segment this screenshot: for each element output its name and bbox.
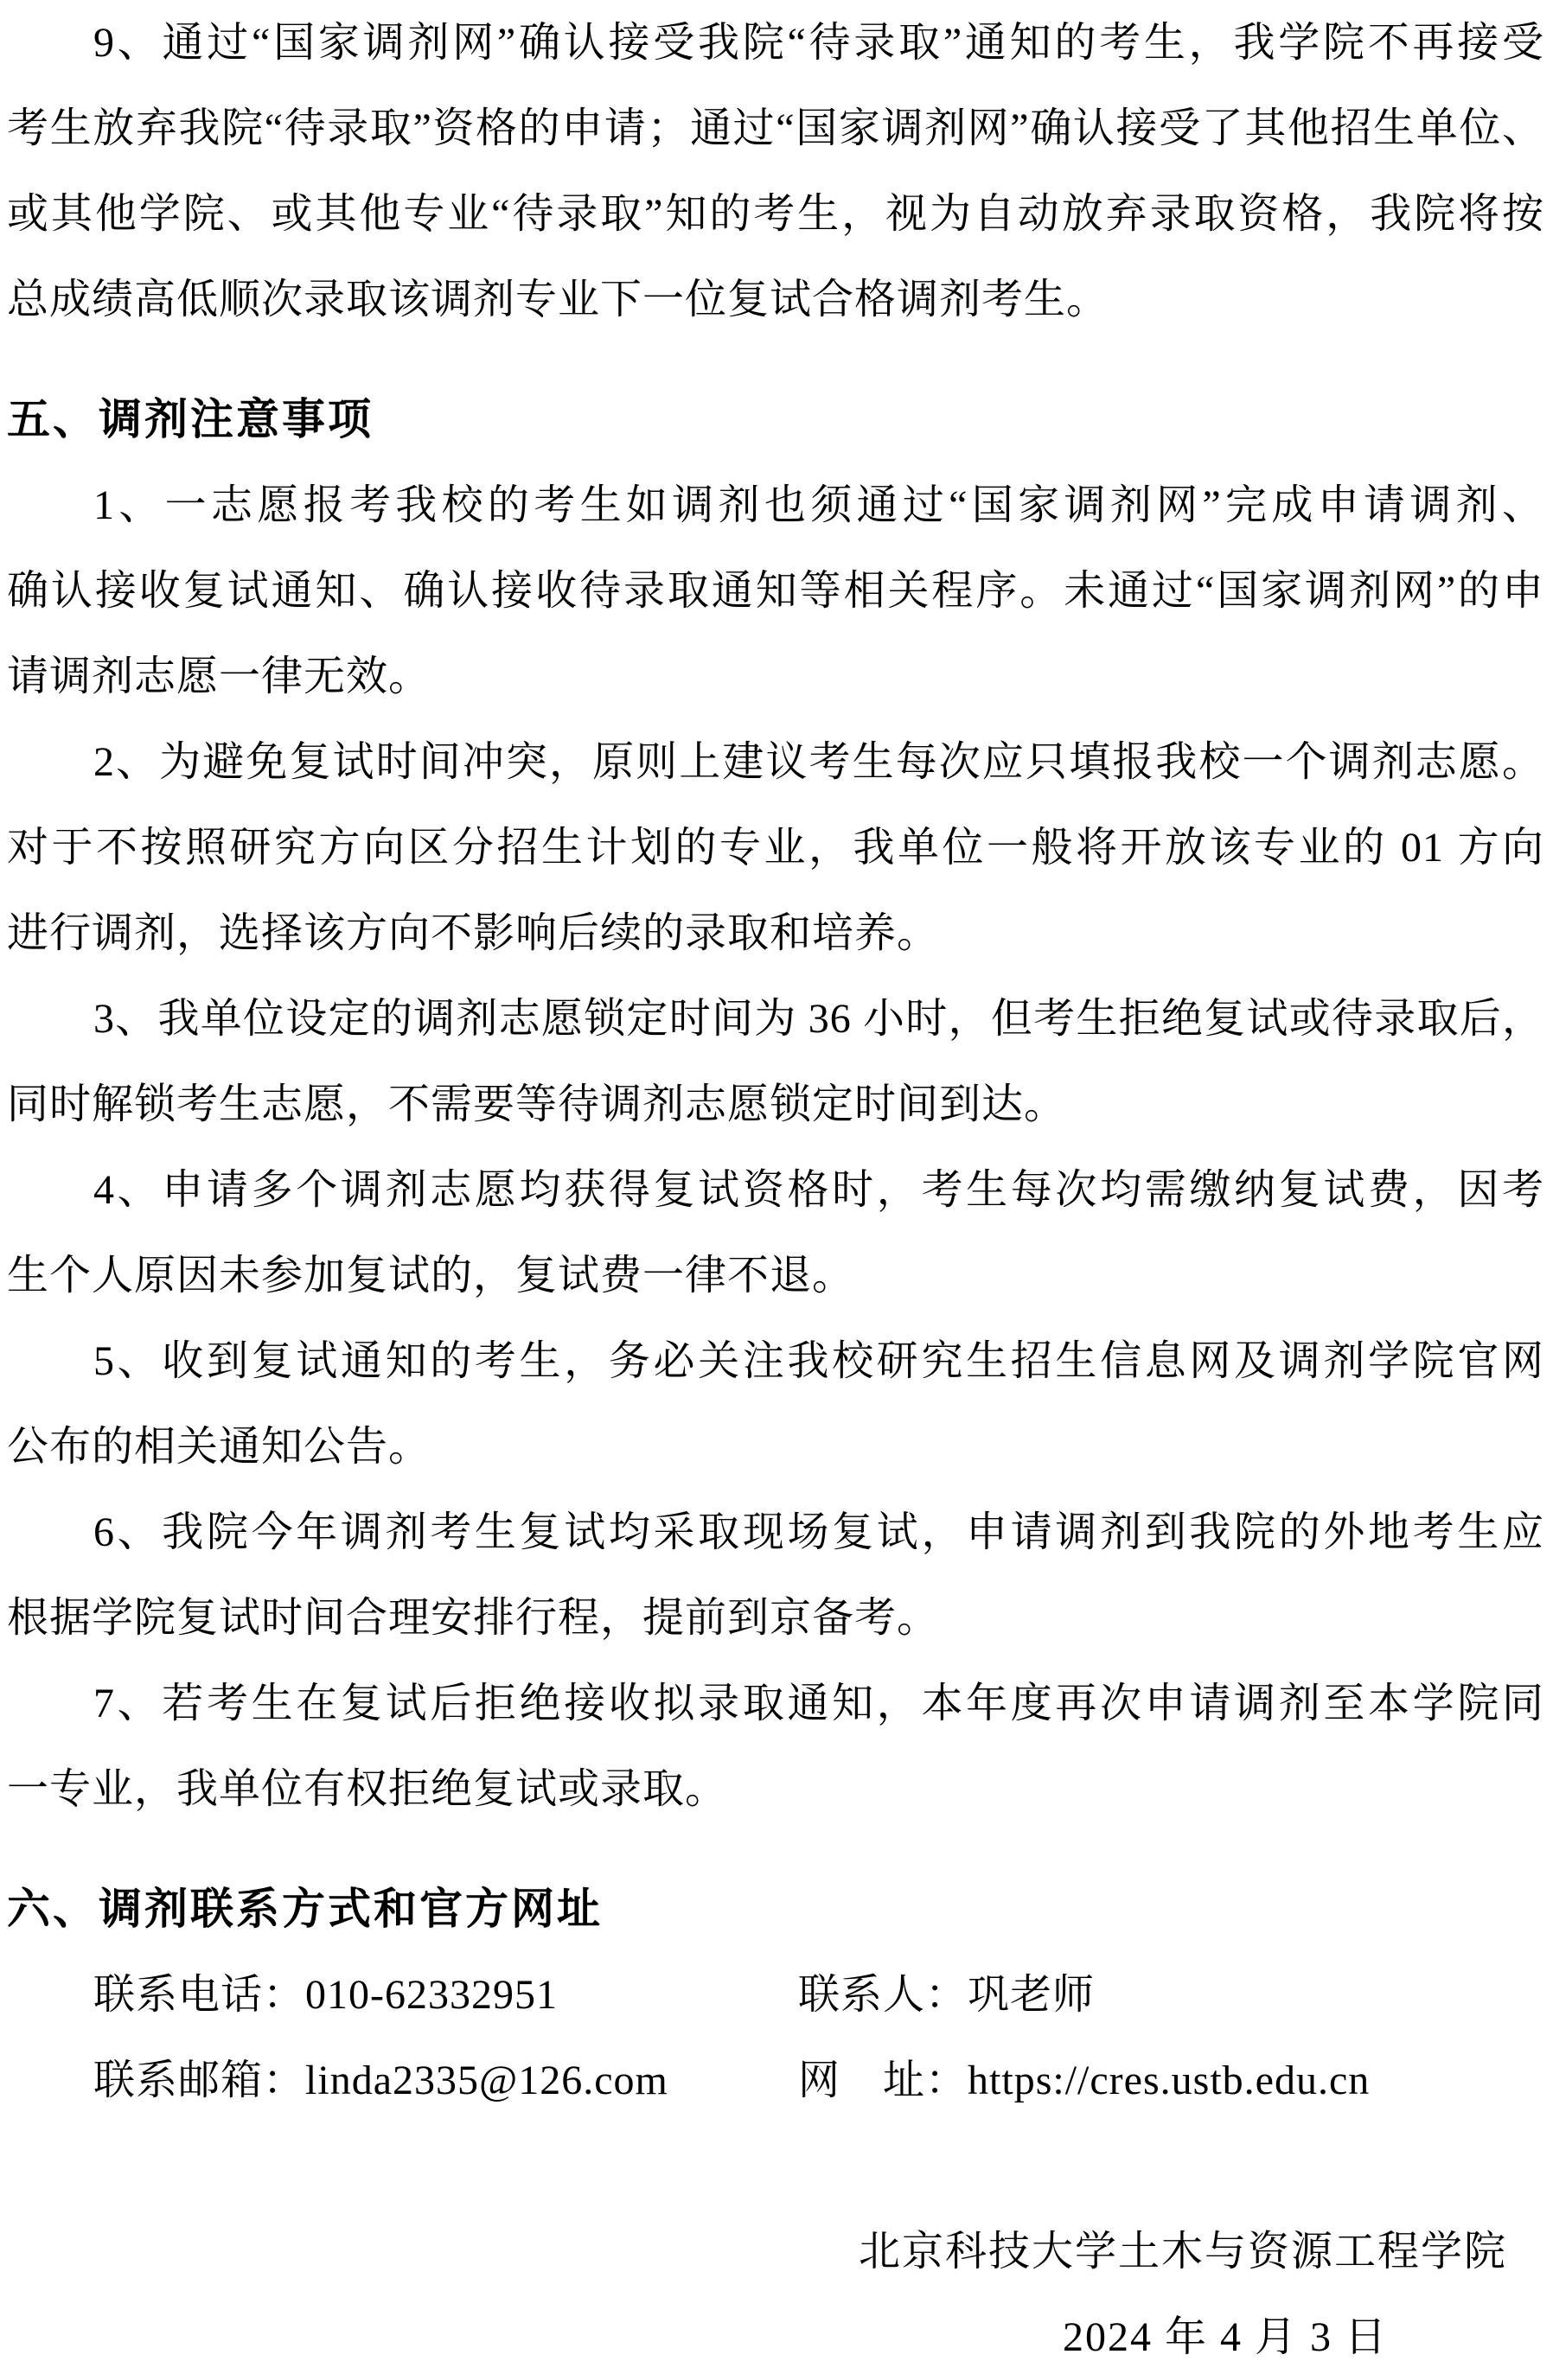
- text-line: 6、我院今年调剂考生复试均采取现场复试，申请调剂到我院的外地考生应: [7, 1490, 1544, 1575]
- signature-line: 北京科技大学土木与资源工程学院: [7, 2209, 1544, 2294]
- text-line: 或其他学院、或其他专业“待录取”知的考生，视为自动放弃录取资格，我院将按: [7, 171, 1544, 257]
- section-6-heading: 六、调剂联系方式和官方网址: [7, 1866, 1544, 1952]
- text-line: 同时解锁考生志愿，不需要等待调剂志愿锁定时间到达。: [7, 1062, 1544, 1147]
- contact-phone-value: 010-62332951: [305, 1972, 558, 2018]
- text-line: 9、通过“国家调剂网”确认接受我院“待录取”通知的考生，我学院不再接受: [7, 0, 1544, 86]
- contact-person-value: 巩老师: [968, 1972, 1095, 2018]
- section-5-heading: 五、调剂注意事项: [7, 377, 1544, 463]
- contact-website-value: https://cres.ustb.edu.cn: [968, 2058, 1370, 2103]
- para-note-7: 7、若考生在复试后拒绝接收拟录取通知，本年度再次申请调剂至本学院同一专业，我单位…: [7, 1661, 1544, 1832]
- text-line: 进行调剂，选择该方向不影响后续的录取和培养。: [7, 890, 1544, 976]
- contact-email-label: 联系邮箱：: [93, 2058, 305, 2103]
- text-line: 对于不按照研究方向区分招生计划的专业，我单位一般将开放该专业的 01 方向: [7, 805, 1544, 890]
- document-page: 9、通过“国家调剂网”确认接受我院“待录取”通知的考生，我学院不再接受考生放弃我…: [0, 0, 1553, 2380]
- para-note-6: 6、我院今年调剂考生复试均采取现场复试，申请调剂到我院的外地考生应根据学院复试时…: [7, 1490, 1544, 1661]
- date-line: 2024 年 4 月 3 日: [7, 2294, 1544, 2380]
- text-line: 请调剂志愿一律无效。: [7, 634, 1544, 719]
- text-line: 确认接收复试通知、确认接收待录取通知等相关程序。未通过“国家调剂网”的申: [7, 548, 1544, 634]
- blank-line: [7, 2123, 1544, 2209]
- para-note-4: 4、申请多个调剂志愿均获得复试资格时，考生每次均需缴纳复试费，因考生个人原因未参…: [7, 1147, 1544, 1318]
- text-line: 7、若考生在复试后拒绝接收拟录取通知，本年度再次申请调剂至本学院同: [7, 1661, 1544, 1746]
- text-line: 1、一志愿报考我校的考生如调剂也须通过“国家调剂网”完成申请调剂、: [7, 463, 1544, 548]
- text-line: 总成绩高低顺次录取该调剂专业下一位复试合格调剂考生。: [7, 257, 1544, 342]
- para-note-3: 3、我单位设定的调剂志愿锁定时间为 36 小时，但考生拒绝复试或待录取后，同时解…: [7, 976, 1544, 1147]
- contact-phone-label: 联系电话：: [93, 1972, 305, 2018]
- contact-phone: 联系电话：010-62332951: [93, 1972, 558, 2018]
- para-item-9: 9、通过“国家调剂网”确认接受我院“待录取”通知的考生，我学院不再接受考生放弃我…: [7, 0, 1544, 342]
- text-line: 生个人原因未参加复试的，复试费一律不退。: [7, 1233, 1544, 1318]
- contact-line-1: 联系电话：010-62332951联系人：巩老师: [7, 1952, 1544, 2038]
- document-content: 9、通过“国家调剂网”确认接受我院“待录取”通知的考生，我学院不再接受考生放弃我…: [0, 0, 1553, 2380]
- text-line: 3、我单位设定的调剂志愿锁定时间为 36 小时，但考生拒绝复试或待录取后，: [7, 976, 1544, 1062]
- contact-person-label: 联系人：: [798, 1972, 968, 2018]
- contact-person: 联系人：巩老师: [798, 1952, 1095, 2038]
- contact-email: 联系邮箱：linda2335@126.com: [93, 2058, 668, 2103]
- contact-website: 网 址：https://cres.ustb.edu.cn: [798, 2038, 1370, 2123]
- para-note-5: 5、收到复试通知的考生，务必关注我校研究生招生信息网及调剂学院官网公布的相关通知…: [7, 1318, 1544, 1490]
- text-line: 根据学院复试时间合理安排行程，提前到京备考。: [7, 1575, 1544, 1661]
- text-line: 2、为避免复试时间冲突，原则上建议考生每次应只填报我校一个调剂志愿。: [7, 719, 1544, 805]
- para-note-1: 1、一志愿报考我校的考生如调剂也须通过“国家调剂网”完成申请调剂、确认接收复试通…: [7, 463, 1544, 719]
- contact-email-value: linda2335@126.com: [305, 2058, 668, 2103]
- para-note-2: 2、为避免复试时间冲突，原则上建议考生每次应只填报我校一个调剂志愿。对于不按照研…: [7, 719, 1544, 976]
- contact-website-label: 网 址：: [798, 2058, 968, 2103]
- contact-line-2: 联系邮箱：linda2335@126.com网 址：https://cres.u…: [7, 2038, 1544, 2123]
- text-line: 考生放弃我院“待录取”资格的申请；通过“国家调剂网”确认接受了其他招生单位、: [7, 86, 1544, 171]
- text-line: 4、申请多个调剂志愿均获得复试资格时，考生每次均需缴纳复试费，因考: [7, 1147, 1544, 1233]
- text-line: 5、收到复试通知的考生，务必关注我校研究生招生信息网及调剂学院官网: [7, 1318, 1544, 1404]
- text-line: 一专业，我单位有权拒绝复试或录取。: [7, 1746, 1544, 1832]
- text-line: 公布的相关通知公告。: [7, 1404, 1544, 1490]
